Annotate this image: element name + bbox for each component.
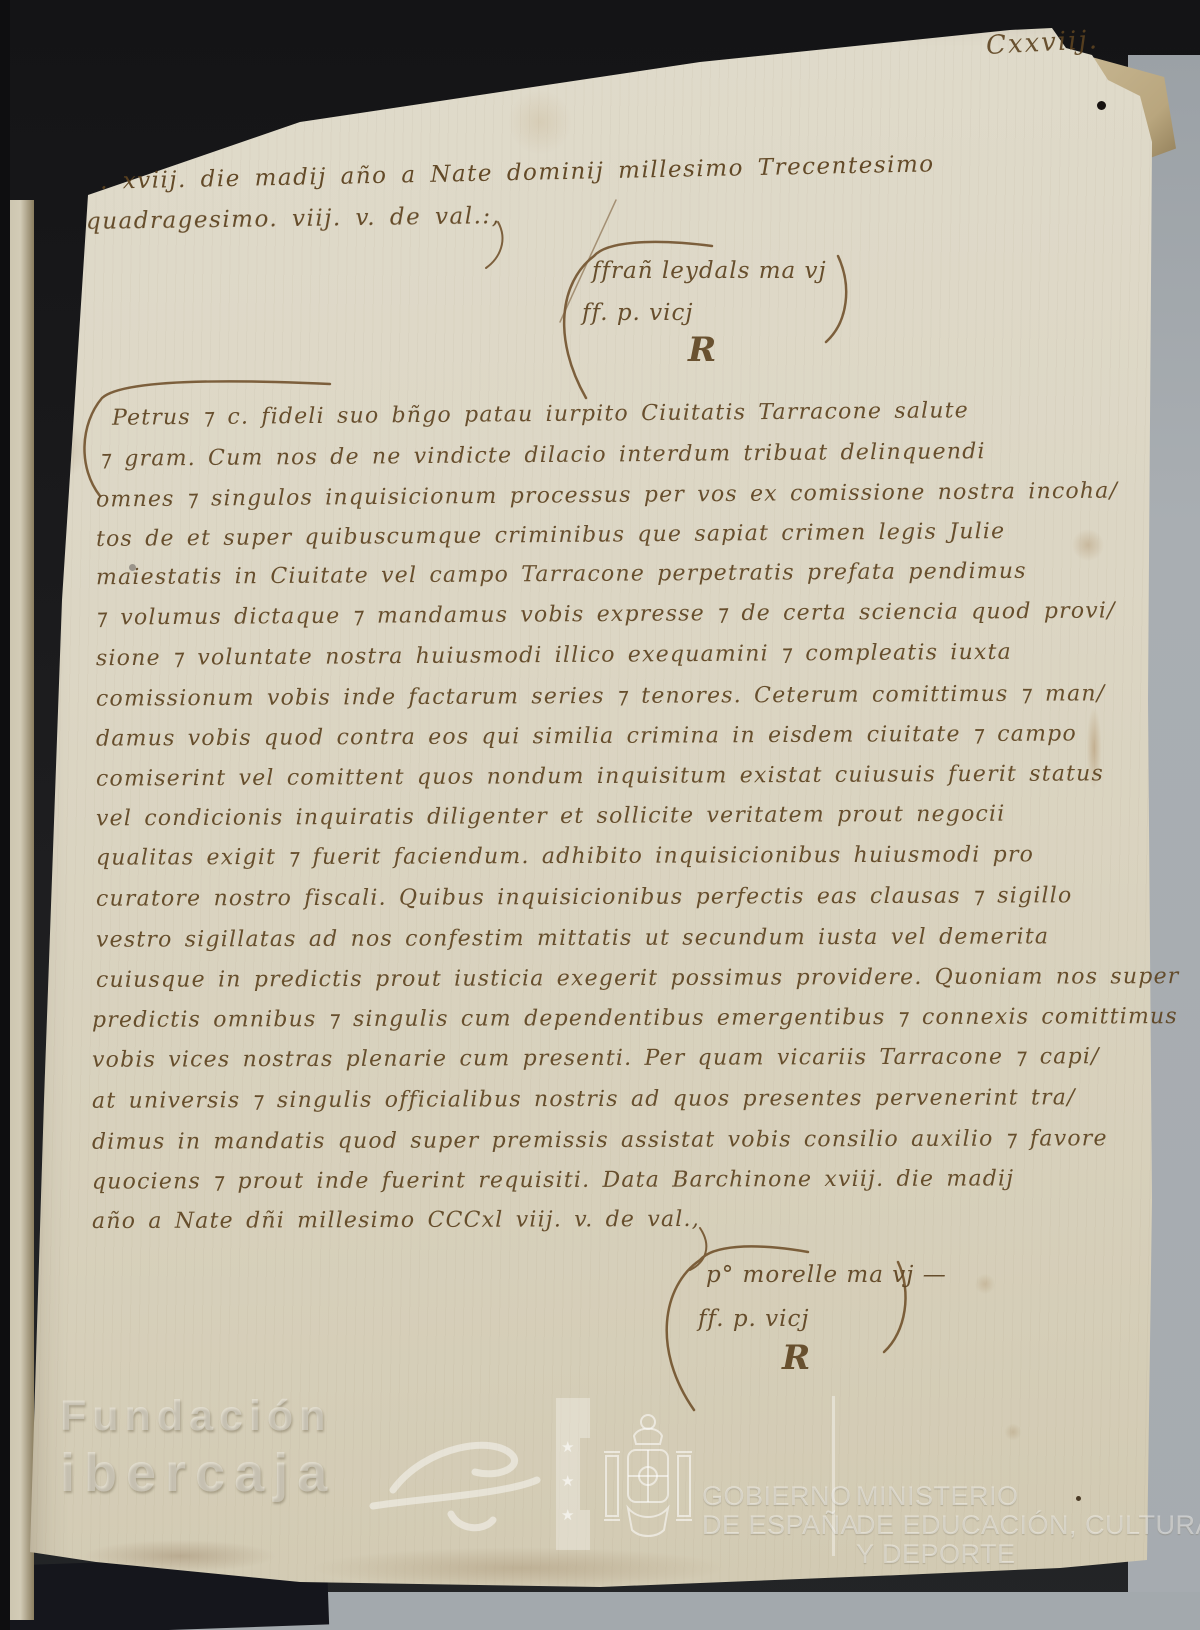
body-line: comissionum vobis inde factarum series ⁊… bbox=[96, 681, 1106, 711]
ibercaja-swoosh-icon bbox=[355, 1428, 555, 1543]
eu-stars-icon: ★ bbox=[561, 1438, 574, 1456]
manuscript-scan: Cxxviij. . xviij. die madij año a Nate d… bbox=[0, 0, 1200, 1630]
ibercaja-watermark-line-1: Fundación bbox=[60, 1392, 331, 1441]
ministerio-watermark-line-2: DE EDUCACIÓN, CULTURA bbox=[856, 1511, 1200, 1540]
body-line: comiserint vel comittent quos nondum inq… bbox=[96, 761, 1104, 791]
eu-stars-icon: ★ bbox=[561, 1506, 574, 1524]
body-line: vestro sigillatas ad nos confestim mitta… bbox=[96, 924, 1049, 952]
chancery-note-bottom-line-2: ff. p. vicj bbox=[698, 1306, 810, 1332]
body-line: predictis omnibus ⁊ singulis cum depende… bbox=[92, 1004, 1178, 1033]
body-line: at universis ⁊ singulis officialibus nos… bbox=[92, 1085, 1076, 1113]
body-line: cuiusque in predictis prout iusticia exe… bbox=[96, 964, 1180, 993]
body-line: año a Nate dñi millesimo CCCxl viij. v. … bbox=[92, 1207, 700, 1234]
eu-stars-icon: ★ bbox=[561, 1472, 574, 1490]
ministerio-watermark-line-3: Y DEPORTE bbox=[856, 1540, 1016, 1569]
body-line: quociens ⁊ prout inde fuerint requisiti.… bbox=[92, 1166, 1014, 1194]
spain-coat-of-arms-icon bbox=[598, 1408, 698, 1553]
chancery-note-bottom-flourish: R bbox=[782, 1338, 810, 1378]
chancery-note-top-line-2: ff. p. vicj bbox=[582, 300, 694, 326]
body-line: qualitas exigit ⁊ fuerit faciendum. adhi… bbox=[96, 842, 1034, 870]
body-line: dimus in mandatis quod super premissis a… bbox=[92, 1126, 1108, 1155]
folio-number: Cxxviij. bbox=[985, 25, 1099, 61]
gobierno-watermark-line-2: DE ESPAÑA bbox=[702, 1511, 859, 1540]
ink-speck bbox=[1076, 1496, 1081, 1501]
ministerio-watermark-line-1: MINISTERIO bbox=[856, 1482, 1019, 1511]
binding-shadow bbox=[0, 0, 10, 1630]
body-line: curatore nostro fiscali. Quibus inquisic… bbox=[96, 883, 1073, 911]
eu-flag-bar-step-top bbox=[580, 1398, 590, 1438]
ibercaja-watermark-line-2: ibercaja bbox=[60, 1442, 336, 1504]
body-line: vobis vices nostras plenarie cum present… bbox=[92, 1044, 1100, 1073]
body-line: damus vobis quod contra eos qui similia … bbox=[96, 721, 1077, 751]
wormhole-dot bbox=[1097, 101, 1106, 110]
eu-flag-bar-step-bottom bbox=[580, 1510, 590, 1550]
gobierno-watermark-line-1: GOBIERNO bbox=[702, 1482, 852, 1511]
body-line: vel condicionis inquiratis diligenter et… bbox=[96, 802, 1006, 832]
chancery-note-top-line-1: ffrañ leydals ma vj bbox=[592, 258, 827, 284]
chancery-note-bottom-line-1: p° morelle ma vj — bbox=[706, 1262, 947, 1288]
chancery-note-top-flourish: R bbox=[688, 330, 716, 370]
watermark-divider bbox=[832, 1396, 835, 1556]
